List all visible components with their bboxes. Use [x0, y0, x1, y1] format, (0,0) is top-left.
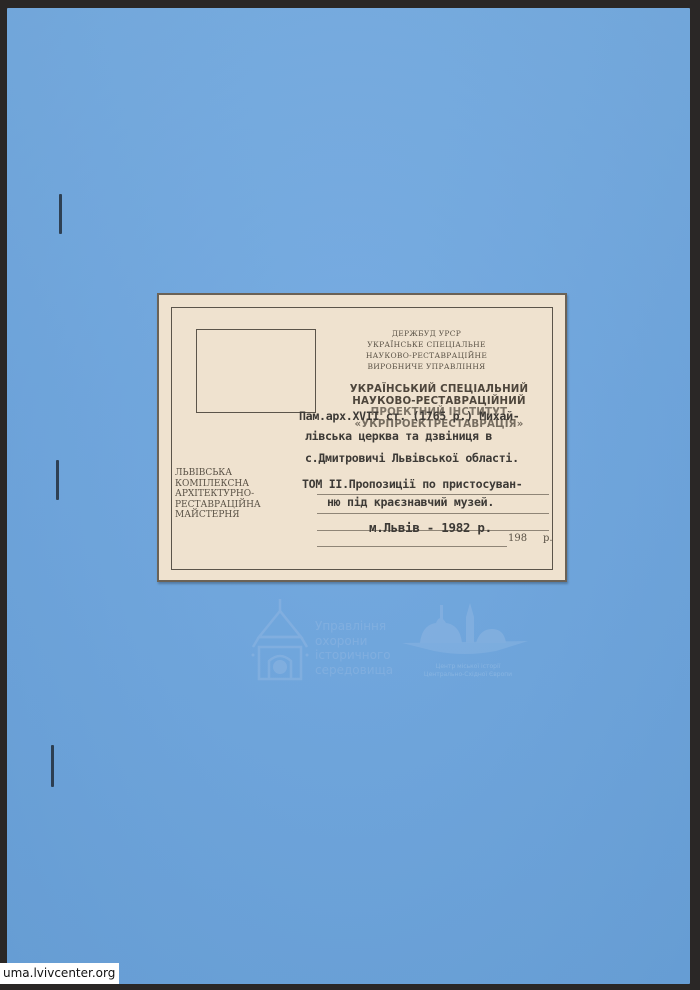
city-skyline-logo-icon — [400, 595, 530, 655]
underline-rule — [317, 546, 507, 547]
typed-place-year: м.Львів - 1982 р. — [369, 520, 492, 535]
typed-title-line-3: с.Дмитровичі Львівської області. — [305, 451, 519, 466]
photo-placeholder-box — [196, 329, 316, 413]
typed-title-line-2: лівська церква та дзвіниця в — [305, 429, 492, 444]
watermark-org-name: Управління охорони історичного середовищ… — [315, 619, 393, 677]
staple — [59, 194, 62, 234]
source-url-tag: uma.lvivcenter.org — [0, 963, 119, 984]
cover-label: ДЕРЖБУД УРСР УКРАЇНСЬКЕ СПЕЦІАЛЬНЕ НАУКО… — [157, 293, 567, 582]
printed-year-prefix: 198 — [508, 533, 527, 544]
archive-watermark: Управління охорони історичного середовищ… — [245, 595, 535, 690]
staple — [56, 460, 59, 500]
workshop-name: ЛЬВІВСЬКА КОМПЛЕКСНА АРХІТЕКТУРНО- РЕСТА… — [175, 468, 295, 521]
watermark-secondary-caption: Центр міської історії Центрально-Східної… — [413, 663, 523, 679]
ministry-header: ДЕРЖБУД УРСР УКРАЇНСЬКЕ СПЕЦІАЛЬНЕ НАУКО… — [329, 328, 524, 372]
typed-title-line-1: Пам.арх.XVII ст. (1765 р.) Михай- — [299, 409, 519, 424]
tower-logo-icon — [245, 595, 315, 685]
typed-volume-line-2: ню під краєзнавчий музей. — [327, 495, 494, 510]
printed-year-suffix: р. — [543, 533, 553, 544]
typed-volume-line-1: ТОМ ІІ.Пропозиції по пристосуван- — [302, 477, 522, 492]
staple — [51, 745, 54, 787]
underline-rule — [317, 513, 549, 514]
